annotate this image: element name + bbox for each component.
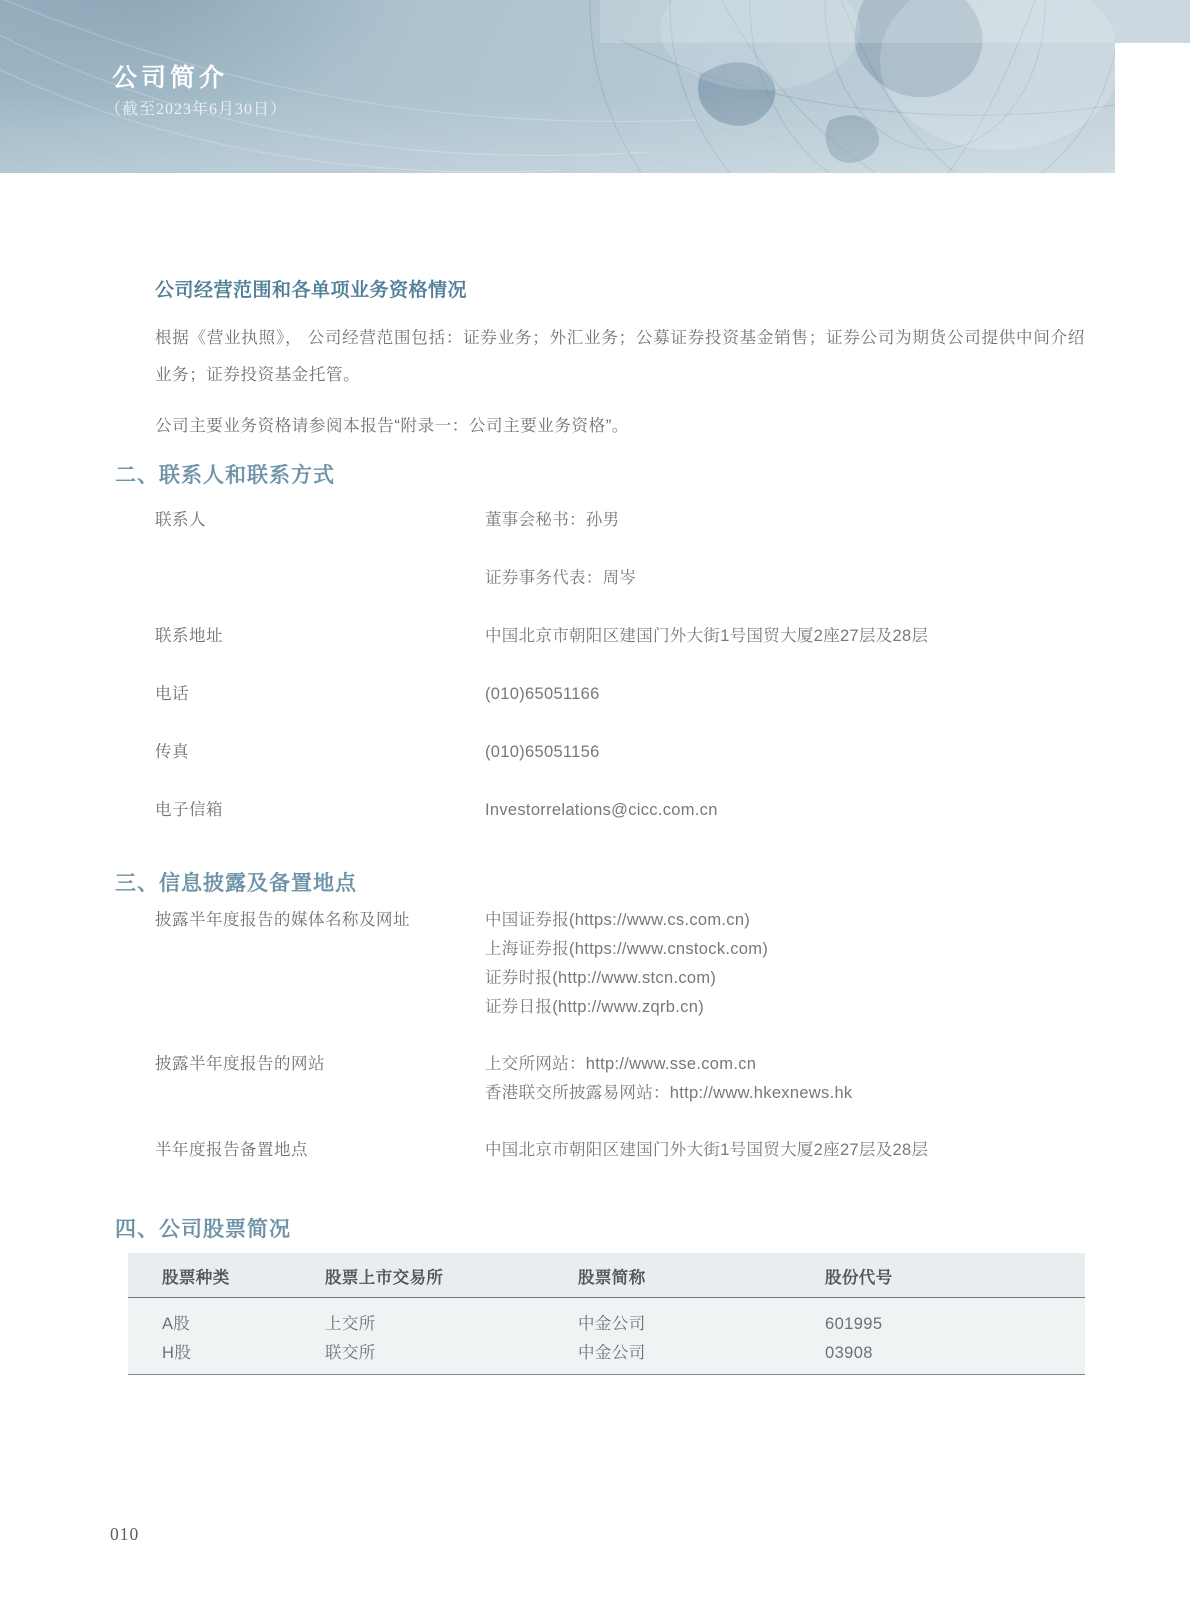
value-line: (010)65051156 — [485, 738, 1085, 767]
row-value: (010)65051166 — [485, 680, 1085, 709]
col-header-short-name: 股票简称 — [544, 1253, 791, 1298]
page-content: 公司经营范围和各单项业务资格情况 根据《营业执照》， 公司经营范围包括：证券业务… — [0, 173, 1190, 1375]
media-line: 证券时报(http://www.stcn.com) — [485, 964, 1085, 993]
row-label: 联系地址 — [155, 622, 485, 651]
contact-row: 联系地址 中国北京市朝阳区建国门外大街1号国贸大厦2座27层及28层 — [155, 622, 1085, 651]
disclosure-rows: 披露半年度报告的媒体名称及网址 中国证券报(https://www.cs.com… — [0, 906, 1190, 1165]
page-number: 010 — [110, 1524, 139, 1545]
row-value: 中国北京市朝阳区建国门外大街1号国贸大厦2座27层及28层 — [485, 1136, 1085, 1165]
value-line: 中国北京市朝阳区建国门外大街1号国贸大厦2座27层及28层 — [485, 622, 1085, 651]
row-label: 披露半年度报告的媒体名称及网址 — [155, 906, 485, 1022]
cell-stock-code: 601995 — [791, 1298, 1085, 1340]
disclosure-row: 半年度报告备置地点 中国北京市朝阳区建国门外大街1号国贸大厦2座27层及28层 — [155, 1136, 1085, 1165]
cell-stock-code: 03908 — [791, 1339, 1085, 1375]
section-heading-contacts: 二、联系人和联系方式 — [115, 462, 1085, 490]
page-subtitle: （截至2023年6月30日） — [105, 96, 287, 119]
banner-corner-block — [1115, 0, 1190, 43]
section-heading-stock: 四、公司股票简况 — [115, 1216, 1085, 1244]
row-label: 联系人 — [155, 506, 485, 593]
disclosure-row: 披露半年度报告的媒体名称及网址 中国证券报(https://www.cs.com… — [155, 906, 1085, 1022]
row-value: 中国北京市朝阳区建国门外大街1号国贸大厦2座27层及28层 — [485, 622, 1085, 651]
media-line: 证券日报(http://www.zqrb.cn) — [485, 993, 1085, 1022]
business-qualification-paragraph: 公司主要业务资格请参阅本报告“附录一：公司主要业务资格”。 — [155, 412, 1085, 441]
row-value: 中国证券报(https://www.cs.com.cn) 上海证券报(https… — [485, 906, 1085, 1022]
website-line: 上交所网站：http://www.sse.com.cn — [485, 1050, 1085, 1079]
row-value: (010)65051156 — [485, 738, 1085, 767]
cell-stock-type: H股 — [128, 1339, 291, 1375]
row-label: 电子信箱 — [155, 796, 485, 825]
email-value: Investorrelations@cicc.com.cn — [485, 796, 1085, 825]
table-row: A股 上交所 中金公司 601995 — [128, 1298, 1085, 1340]
row-value: 董事会秘书：孙男 证券事务代表：周岑 — [485, 506, 1085, 593]
disclosure-row: 披露半年度报告的网站 上交所网站：http://www.sse.com.cn 香… — [155, 1050, 1085, 1108]
row-label: 半年度报告备置地点 — [155, 1136, 485, 1165]
cell-short-name: 中金公司 — [544, 1298, 791, 1340]
report-page: 公司简介 （截至2023年6月30日） 公司经营范围和各单项业务资格情况 根据《… — [0, 0, 1190, 1615]
contacts-rows: 联系人 董事会秘书：孙男 证券事务代表：周岑 联系地址 中国北京市朝阳区建国门外… — [0, 506, 1190, 825]
contact-row: 电话 (010)65051166 — [155, 680, 1085, 709]
value-line — [485, 535, 1085, 564]
cell-short-name: 中金公司 — [544, 1339, 791, 1375]
media-line: 中国证券报(https://www.cs.com.cn) — [485, 906, 1085, 935]
contact-row: 联系人 董事会秘书：孙男 证券事务代表：周岑 — [155, 506, 1085, 593]
page-title: 公司简介 — [112, 58, 228, 94]
cell-exchange: 联交所 — [291, 1339, 544, 1375]
table-row: H股 联交所 中金公司 03908 — [128, 1339, 1085, 1375]
col-header-exchange: 股票上市交易所 — [291, 1253, 544, 1298]
value-line: 证券事务代表：周岑 — [485, 564, 1085, 593]
contact-row: 传真 (010)65051156 — [155, 738, 1085, 767]
row-label: 电话 — [155, 680, 485, 709]
cell-exchange: 上交所 — [291, 1298, 544, 1340]
contact-row: 电子信箱 Investorrelations@cicc.com.cn — [155, 796, 1085, 825]
business-scope-paragraph: 根据《营业执照》， 公司经营范围包括：证券业务；外汇业务；公募证券投资基金销售；… — [155, 320, 1085, 394]
value-line: (010)65051166 — [485, 680, 1085, 709]
value-line: 董事会秘书：孙男 — [485, 506, 1085, 535]
website-line: 香港联交所披露易网站：http://www.hkexnews.hk — [485, 1079, 1085, 1108]
col-header-stock-code: 股份代号 — [791, 1253, 1085, 1298]
row-value: Investorrelations@cicc.com.cn — [485, 796, 1085, 825]
row-value: 上交所网站：http://www.sse.com.cn 香港联交所披露易网站：h… — [485, 1050, 1085, 1108]
cell-stock-type: A股 — [128, 1298, 291, 1340]
section-heading-disclosure: 三、信息披露及备置地点 — [115, 870, 1085, 898]
stock-table: 股票种类 股票上市交易所 股票简称 股份代号 A股 上交所 中金公司 60199… — [128, 1253, 1085, 1375]
address-line: 中国北京市朝阳区建国门外大街1号国贸大厦2座27层及28层 — [485, 1136, 1085, 1165]
row-label: 传真 — [155, 738, 485, 767]
business-scope-heading: 公司经营范围和各单项业务资格情况 — [155, 278, 1085, 304]
media-line: 上海证券报(https://www.cnstock.com) — [485, 935, 1085, 964]
row-label: 披露半年度报告的网站 — [155, 1050, 485, 1108]
stock-table-header-row: 股票种类 股票上市交易所 股票简称 股份代号 — [128, 1253, 1085, 1298]
col-header-stock-type: 股票种类 — [128, 1253, 291, 1298]
banner-highlight-strip — [600, 0, 1115, 43]
page-banner: 公司简介 （截至2023年6月30日） — [0, 0, 1115, 173]
